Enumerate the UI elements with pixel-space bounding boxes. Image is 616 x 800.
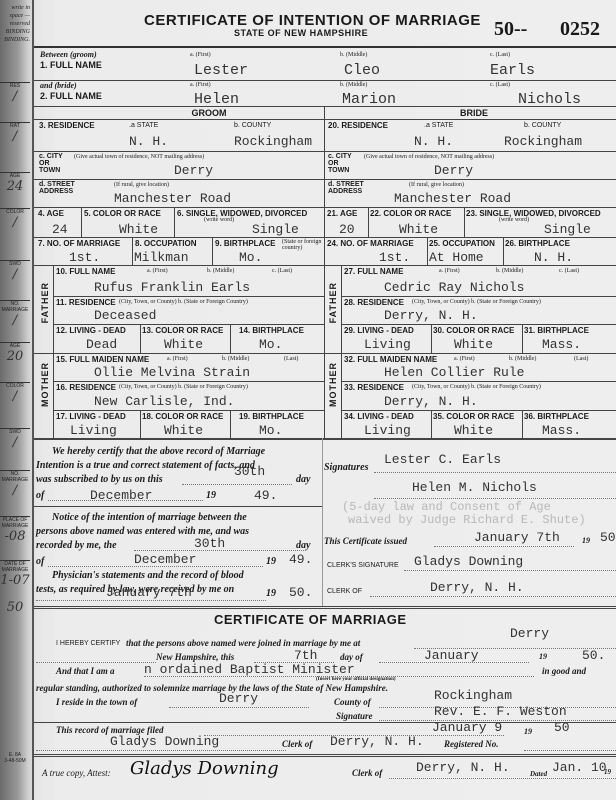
bride-swd-label: 23. SINGLE, WIDOWED, DIVORCED bbox=[466, 209, 601, 218]
groom-mother-name-label: 15. FULL MAIDEN NAME bbox=[56, 355, 149, 364]
groom-father-residence-label: 11. RESIDENCE bbox=[56, 298, 116, 307]
divider bbox=[34, 722, 616, 723]
groom-father-living-label: 12. LIVING - DEAD bbox=[56, 326, 126, 335]
nineteen-label: 19 bbox=[266, 556, 276, 567]
divider bbox=[341, 381, 616, 382]
bride-father-name: Cedric Ray Nichols bbox=[384, 280, 524, 295]
groom-birthplace: Mo. bbox=[239, 250, 262, 265]
middle-label: b. (Middle) bbox=[340, 52, 367, 58]
margin-cell: 50 bbox=[0, 600, 30, 640]
groom-signature: Lester C. Earls bbox=[384, 452, 501, 467]
groom-mother-color-label: 18. COLOR OR RACE bbox=[142, 412, 223, 421]
groom-middle-name: Cleo bbox=[344, 62, 380, 79]
divider bbox=[34, 151, 324, 152]
cell-divider bbox=[174, 207, 175, 237]
margin-cell: COLOR/ bbox=[0, 382, 30, 423]
groom-name-label: 1. FULL NAME bbox=[40, 60, 102, 70]
groom-age: 24 bbox=[52, 222, 68, 237]
margin-cell-value: 1-07 bbox=[0, 573, 30, 588]
margin-cell-value: -08 bbox=[0, 529, 30, 544]
bride-mother-residence: Derry, N. H. bbox=[384, 394, 478, 409]
officiant-county: Rockingham bbox=[434, 688, 512, 703]
groom-father-birthplace: Mo. bbox=[259, 337, 282, 352]
margin-cell-value: / bbox=[0, 483, 30, 498]
dotted-line bbox=[370, 596, 616, 597]
bride-age: 20 bbox=[339, 222, 355, 237]
recorded-month: December bbox=[134, 552, 196, 567]
divider bbox=[34, 179, 324, 180]
bride-father-living: Living bbox=[364, 337, 411, 352]
certify-line-1: We hereby certify that the above record … bbox=[52, 446, 265, 457]
divider bbox=[324, 151, 616, 152]
column-divider bbox=[322, 438, 323, 606]
groom-label-pre: Between (groom) bbox=[40, 50, 97, 59]
clerk-of-town: Derry, N. H. bbox=[430, 580, 524, 595]
divider bbox=[53, 324, 324, 325]
margin-cell: NO. MARRIAGE/ bbox=[0, 300, 30, 341]
margin-cell-value: / bbox=[0, 435, 30, 450]
groom-mother-residence: New Carlisle, Ind. bbox=[94, 394, 234, 409]
groom-mother-living-label: 17. LIVING - DEAD bbox=[56, 412, 126, 421]
cell-divider bbox=[431, 324, 432, 353]
marriage-line-1: that the persons above named were joined… bbox=[126, 638, 360, 648]
groom-birthplace-label: 9. BIRTHPLACE bbox=[215, 239, 275, 248]
bride-father-color-label: 30. COLOR OR RACE bbox=[433, 326, 514, 335]
groom-street: Manchester Road bbox=[114, 191, 231, 206]
cell-divider bbox=[230, 324, 231, 353]
designation-note: (Insert here your official designation) bbox=[316, 677, 396, 682]
street-label: d. STREET ADDRESS bbox=[39, 181, 79, 195]
bride-mother-color-label: 35. COLOR OR RACE bbox=[433, 412, 514, 421]
groom-nomarriage-label: 7. NO. OF MARRIAGE bbox=[38, 239, 120, 248]
bride-city: Derry bbox=[434, 163, 473, 178]
certificate-number: 0252 bbox=[560, 18, 600, 41]
cell-divider bbox=[230, 410, 231, 438]
bride-signature: Helen M. Nichols bbox=[412, 480, 537, 495]
cell-divider bbox=[522, 324, 523, 353]
registered-no-label: Registered No. bbox=[444, 739, 499, 749]
bride-marriage-number: 1st. bbox=[379, 250, 410, 265]
bride-mother-living: Living bbox=[364, 423, 411, 438]
bride-name-label: 2. FULL NAME bbox=[40, 91, 102, 101]
recorded-year: 49. bbox=[289, 552, 312, 567]
bride-state: N. H. bbox=[414, 134, 453, 149]
groom-father-color-label: 13. COLOR OR RACE bbox=[142, 326, 223, 335]
bride-residence-label: 20. RESIDENCE bbox=[328, 121, 388, 130]
cell-divider bbox=[464, 207, 465, 237]
officiant-designation: n ordained Baptist Minister bbox=[144, 662, 355, 677]
i-am-a-label: And that I am a bbox=[56, 666, 115, 676]
day-label: day bbox=[296, 474, 310, 485]
bride-mother-birthplace-label: 36. BIRTHPLACE bbox=[524, 412, 589, 421]
physician-line-1: Physician's statements and the record of… bbox=[52, 570, 244, 581]
nineteen-label: 19 bbox=[582, 536, 590, 545]
dotted-line bbox=[182, 484, 292, 485]
bride-marital-status: Single bbox=[544, 222, 591, 237]
officiant-signature: Rev. E. F. Weston bbox=[434, 704, 567, 719]
dotted-line bbox=[36, 600, 266, 601]
groom-marital-status: Single bbox=[252, 222, 299, 237]
issued-year: 50 bbox=[600, 530, 616, 545]
marriage-year: 50. bbox=[582, 648, 605, 663]
margin-cell-label: NO. MARRIAGE bbox=[0, 471, 30, 483]
groom-mother-color: White bbox=[164, 423, 203, 438]
bride-occupation: At Home bbox=[429, 250, 484, 265]
last-label: c. (Last) bbox=[559, 268, 579, 274]
nineteen-label: 19 bbox=[266, 588, 276, 599]
bride-mother-name-label: 32. FULL MAIDEN NAME bbox=[344, 355, 437, 364]
state-label: .a STATE bbox=[424, 122, 453, 129]
bride-mother-color: White bbox=[454, 423, 493, 438]
cell-divider bbox=[81, 207, 82, 237]
divider bbox=[341, 324, 616, 325]
write-word-note: (write word) bbox=[204, 217, 234, 223]
subscribed-day: 30th bbox=[234, 464, 265, 479]
street-label: d. STREET ADDRESS bbox=[328, 181, 368, 195]
waiver-stamp-line-1: (5-day law and Consent of Age bbox=[342, 500, 551, 514]
margin-cell: AGE24 bbox=[0, 172, 30, 213]
bride-age-label: 21. AGE bbox=[327, 209, 357, 218]
residence-note: (City, Town, or County) b. (State or For… bbox=[412, 384, 541, 390]
of-label: of bbox=[36, 490, 44, 501]
margin-cell-value: / bbox=[0, 215, 30, 230]
day-of-label: day of bbox=[340, 652, 363, 662]
marriage-certificate-title: CERTIFICATE OF MARRIAGE bbox=[214, 612, 407, 627]
margin-cell: AGE20 bbox=[0, 342, 30, 383]
margin-cell-value: 50 bbox=[0, 600, 30, 615]
divider bbox=[53, 296, 324, 297]
clerk-of-label: Clerk of bbox=[282, 739, 312, 749]
cell-divider bbox=[427, 237, 428, 265]
groom-color-label: 5. COLOR OR RACE bbox=[84, 209, 161, 218]
marriage-place: Derry bbox=[510, 626, 549, 641]
divider bbox=[341, 296, 616, 297]
margin-cell: PLACE OF MARRIAGE-08 bbox=[0, 516, 30, 557]
bride-father-birthplace-label: 31. BIRTHPLACE bbox=[524, 326, 589, 335]
margin-note-line: BINDING bbox=[0, 28, 30, 36]
notice-line-1: Notice of the intention of marriage betw… bbox=[52, 512, 247, 523]
father-section-label: FATHER bbox=[40, 282, 50, 323]
divider bbox=[34, 237, 324, 238]
divider bbox=[34, 46, 616, 48]
issued-date: January 7th bbox=[474, 530, 560, 545]
write-word-note: (write word) bbox=[499, 217, 529, 223]
dotted-line bbox=[36, 750, 286, 751]
margin-index-strip: write in space — reserved BINDING BINDIN… bbox=[0, 0, 30, 800]
margin-cell-label: NO. MARRIAGE bbox=[0, 301, 30, 313]
groom-occupation-label: 8. OCCUPATION bbox=[135, 239, 196, 248]
residence-note: (City, Town, or County) b. (State or For… bbox=[119, 299, 248, 305]
subscribed-year: 49. bbox=[254, 488, 277, 503]
certificate-page: write in space — reserved BINDING BINDIN… bbox=[0, 0, 616, 800]
first-label: a. (First) bbox=[190, 52, 211, 58]
margin-cell-value: 24 bbox=[0, 179, 30, 194]
dotted-line bbox=[389, 778, 616, 779]
margin-note: write in space — reserved BINDING BINDIN… bbox=[0, 4, 30, 44]
cell-divider bbox=[503, 237, 504, 265]
margin-note-line: BINDING. bbox=[0, 36, 30, 44]
dotted-line bbox=[404, 570, 616, 571]
last-label: c. (Last) bbox=[272, 268, 292, 274]
margin-cell-value: / bbox=[0, 267, 30, 282]
margin-note-line: reserved bbox=[0, 20, 30, 28]
divider bbox=[53, 410, 324, 411]
last-label: (Last) bbox=[574, 356, 588, 362]
divider bbox=[34, 438, 616, 440]
received-date: January 7th bbox=[106, 585, 192, 600]
groom-color: White bbox=[119, 222, 158, 237]
bride-mother-birthplace: Mass. bbox=[542, 423, 581, 438]
margin-cell: SWD/ bbox=[0, 428, 30, 469]
last-label: (Last) bbox=[284, 356, 298, 362]
cell-divider bbox=[212, 237, 213, 265]
cell-divider bbox=[132, 237, 133, 265]
first-label: a. (First) bbox=[454, 356, 475, 362]
divider bbox=[324, 237, 616, 238]
notice-line-3: recorded by me, the bbox=[36, 540, 117, 551]
dotted-line bbox=[524, 750, 616, 751]
bride-street: Manchester Road bbox=[394, 191, 511, 206]
divider bbox=[324, 179, 616, 180]
groom-marriage-number: 1st. bbox=[69, 250, 100, 265]
middle-label: b. (Middle) bbox=[340, 82, 367, 88]
groom-swd-label: 6. SINGLE, WIDOWED, DIVORCED bbox=[177, 209, 307, 218]
father-section-label: FATHER bbox=[328, 282, 338, 323]
divider bbox=[34, 119, 616, 120]
bride-father-color: White bbox=[454, 337, 493, 352]
form-code-line: 3-48-50M bbox=[0, 758, 30, 764]
middle-label: b. (Middle) bbox=[496, 268, 523, 274]
dotted-line bbox=[36, 662, 156, 663]
groom-mother-residence-label: 16. RESIDENCE bbox=[56, 383, 116, 392]
bride-father-name-label: 27. FULL NAME bbox=[344, 267, 403, 276]
column-divider bbox=[324, 106, 325, 438]
margin-cell: RES/ bbox=[0, 82, 30, 123]
form-subtitle: STATE OF NEW HAMPSHIRE bbox=[234, 28, 368, 38]
received-year: 50. bbox=[289, 585, 312, 600]
groom-city: Derry bbox=[174, 163, 213, 178]
waiver-stamp-line-2: waived by Judge Richard E. Shute) bbox=[348, 513, 586, 527]
groom-state: N. H. bbox=[129, 134, 168, 149]
divider bbox=[34, 106, 616, 107]
city-label: c. CITY OR TOWN bbox=[328, 153, 358, 174]
margin-cell: SWD/ bbox=[0, 260, 30, 301]
groom-mother-living: Living bbox=[70, 423, 117, 438]
bride-father-residence: Derry, N. H. bbox=[384, 308, 478, 323]
nineteen-label: 19 bbox=[539, 652, 547, 661]
bride-father-birthplace: Mass. bbox=[542, 337, 581, 352]
dotted-line bbox=[434, 546, 574, 547]
nineteen-label: 19 bbox=[604, 768, 611, 776]
bride-color: White bbox=[399, 222, 438, 237]
mother-section-label: MOTHER bbox=[40, 362, 50, 407]
groom-father-living: Dead bbox=[86, 337, 117, 352]
divider bbox=[341, 410, 616, 411]
city-label: c. CITY OR TOWN bbox=[39, 153, 69, 174]
cell-divider bbox=[140, 410, 141, 438]
groom-first-name: Lester bbox=[194, 62, 248, 79]
last-label: c. (Last) bbox=[490, 52, 510, 58]
groom-mother-name: Ollie Melvina Strain bbox=[94, 365, 250, 380]
margin-cell-value: / bbox=[0, 389, 30, 404]
cell-divider bbox=[53, 265, 54, 438]
middle-label: b. (Middle) bbox=[222, 356, 249, 362]
margin-cell-label: DATE OF MARRIAGE bbox=[0, 561, 30, 573]
bride-father-living-label: 29. LIVING - DEAD bbox=[344, 326, 414, 335]
margin-note-line: space — bbox=[0, 12, 30, 20]
subscribed-month: December bbox=[90, 488, 152, 503]
bride-county: Rockingham bbox=[504, 134, 582, 149]
cell-divider bbox=[522, 410, 523, 438]
clerk-signature: Gladys Downing bbox=[414, 554, 523, 569]
city-note: (Give actual town of residence, NOT mail… bbox=[74, 154, 204, 160]
first-label: a. (First) bbox=[147, 268, 168, 274]
new-hampshire-this: New Hampshire, this bbox=[156, 652, 234, 662]
middle-label: b. (Middle) bbox=[509, 356, 536, 362]
filed-clerk-town: Derry, N. H. bbox=[330, 734, 424, 749]
groom-father-birthplace-label: 14. BIRTHPLACE bbox=[239, 326, 304, 335]
last-label: c. (Last) bbox=[490, 82, 510, 88]
birthplace-note: (State or foreign country) bbox=[282, 239, 322, 251]
middle-label: b. (Middle) bbox=[207, 268, 234, 274]
nineteen-label: 19 bbox=[524, 727, 532, 736]
county-label: b. COUNTY bbox=[234, 122, 271, 129]
marriage-month: January bbox=[424, 648, 479, 663]
bride-mother-residence-label: 33. RESIDENCE bbox=[344, 383, 404, 392]
groom-last-name: Earls bbox=[490, 62, 535, 79]
filed-date: January 9 bbox=[432, 720, 502, 735]
groom-residence-label: 3. RESIDENCE bbox=[39, 121, 95, 130]
street-note: (If rural, give location) bbox=[409, 182, 464, 188]
groom-mother-birthplace-label: 19. BIRTHPLACE bbox=[239, 412, 304, 421]
bride-mother-name: Helen Collier Rule bbox=[384, 365, 524, 380]
cell-divider bbox=[368, 207, 369, 237]
dotted-line bbox=[374, 498, 616, 499]
divider bbox=[34, 506, 322, 507]
groom-age-label: 4. AGE bbox=[38, 209, 64, 218]
clerk-of-label: CLERK OF bbox=[327, 588, 362, 595]
dated-label: Dated bbox=[530, 770, 547, 778]
street-note: (If rural, give location) bbox=[114, 182, 169, 188]
mother-section-label: MOTHER bbox=[328, 362, 338, 407]
first-label: a. (First) bbox=[439, 268, 460, 274]
reside-label: I reside in the town of bbox=[56, 697, 137, 707]
nineteen-label: 19 bbox=[206, 490, 216, 501]
groom-section-header: GROOM bbox=[134, 108, 284, 118]
filed-year: 50 bbox=[554, 720, 570, 735]
state-label: .a STATE bbox=[129, 122, 158, 129]
form-title: CERTIFICATE OF INTENTION OF MARRIAGE bbox=[144, 12, 481, 29]
margin-cell-value: / bbox=[0, 89, 30, 104]
divider bbox=[324, 353, 616, 354]
bride-birthplace-label: 26. BIRTHPLACE bbox=[505, 239, 570, 248]
clerk-signature-label: CLERK'S SIGNATURE bbox=[327, 562, 399, 569]
groom-father-color: White bbox=[164, 337, 203, 352]
margin-cell: RAT/ bbox=[0, 122, 30, 163]
margin-cell-value: / bbox=[0, 129, 30, 144]
divider bbox=[34, 207, 324, 208]
first-label: a. (First) bbox=[190, 82, 211, 88]
filed-by-clerk: Gladys Downing bbox=[110, 734, 219, 749]
of-label: of bbox=[36, 556, 44, 567]
city-note: (Give actual town of residence, NOT mail… bbox=[364, 154, 494, 160]
groom-county: Rockingham bbox=[234, 134, 312, 149]
margin-cell: NO. MARRIAGE/ bbox=[0, 470, 30, 511]
groom-father-name-label: 10. FULL NAME bbox=[56, 267, 115, 276]
margin-cell-label: PLACE OF MARRIAGE bbox=[0, 517, 30, 529]
true-copy-label: A true copy, Attest: bbox=[42, 768, 111, 778]
bride-birthplace: N. H. bbox=[534, 250, 573, 265]
certify-heading: I HEREBY CERTIFY bbox=[56, 640, 120, 647]
groom-father-residence: Deceased bbox=[94, 308, 156, 323]
groom-occupation: Milkman bbox=[134, 250, 189, 265]
divider bbox=[34, 353, 324, 354]
bride-section-header: BRIDE bbox=[424, 108, 524, 118]
attest-clerk-town: Derry, N. H. bbox=[416, 760, 510, 775]
dotted-line bbox=[374, 472, 616, 473]
cell-divider bbox=[140, 324, 141, 353]
signatures-label: Signatures bbox=[324, 462, 368, 473]
cell-divider bbox=[431, 410, 432, 438]
certificate-prefix: 50-- bbox=[494, 18, 527, 41]
cell-divider bbox=[341, 265, 342, 438]
regular-standing-line: regular standing, authorized to solemniz… bbox=[36, 683, 388, 693]
divider bbox=[34, 754, 616, 757]
attest-dated: Jan. 10 bbox=[552, 760, 607, 775]
signature-label: Signature bbox=[336, 711, 373, 721]
bride-color-label: 22. COLOR OR RACE bbox=[370, 209, 451, 218]
marriage-form: CERTIFICATE OF INTENTION OF MARRIAGE STA… bbox=[32, 0, 616, 800]
county-label: b. COUNTY bbox=[524, 122, 561, 129]
certify-line-3: was subscribed to by us on this bbox=[36, 474, 163, 485]
margin-note-line: write in bbox=[0, 4, 30, 12]
officiant-town: Derry bbox=[219, 691, 258, 706]
bride-father-residence-label: 28. RESIDENCE bbox=[344, 298, 404, 307]
recorded-day: 30th bbox=[194, 536, 225, 551]
margin-cell: DATE OF MARRIAGE1-07 bbox=[0, 560, 30, 601]
bride-mother-living-label: 34. LIVING - DEAD bbox=[344, 412, 414, 421]
groom-father-name: Rufus Franklin Earls bbox=[94, 280, 250, 295]
margin-cell-value: / bbox=[0, 313, 30, 328]
bride-occupation-label: 25. OCCUPATION bbox=[429, 239, 495, 248]
divider bbox=[34, 606, 616, 609]
divider bbox=[324, 265, 616, 266]
day-label: day bbox=[296, 540, 310, 551]
margin-cell-value: 20 bbox=[0, 349, 30, 364]
form-code: E. 8A3-48-50M bbox=[0, 752, 30, 776]
dotted-line bbox=[169, 707, 309, 708]
certificate-issued-label: This Certificate issued bbox=[324, 536, 407, 546]
first-label: a. (First) bbox=[167, 356, 188, 362]
attest-signature: Gladys Downing bbox=[130, 758, 279, 779]
margin-cell: COLOR/ bbox=[0, 208, 30, 249]
residence-note: (City, Town, or County) b. (State or For… bbox=[412, 299, 541, 305]
attest-clerk-of-label: Clerk of bbox=[352, 768, 382, 778]
divider bbox=[34, 80, 616, 81]
residence-note: (City, Town, or County) b. (State or For… bbox=[119, 384, 248, 390]
divider bbox=[34, 265, 324, 266]
divider bbox=[53, 381, 324, 382]
good-and-label: in good and bbox=[542, 666, 586, 676]
groom-mother-birthplace: Mo. bbox=[259, 423, 282, 438]
county-of-label: County of bbox=[334, 697, 371, 707]
bride-nomarriage-label: 24. NO. OF MARRIAGE bbox=[327, 239, 414, 248]
bride-label-pre: and (bride) bbox=[40, 81, 77, 90]
certify-line-2: Intention is a true and correct statemen… bbox=[36, 460, 255, 471]
marriage-day: 7th bbox=[294, 648, 317, 663]
